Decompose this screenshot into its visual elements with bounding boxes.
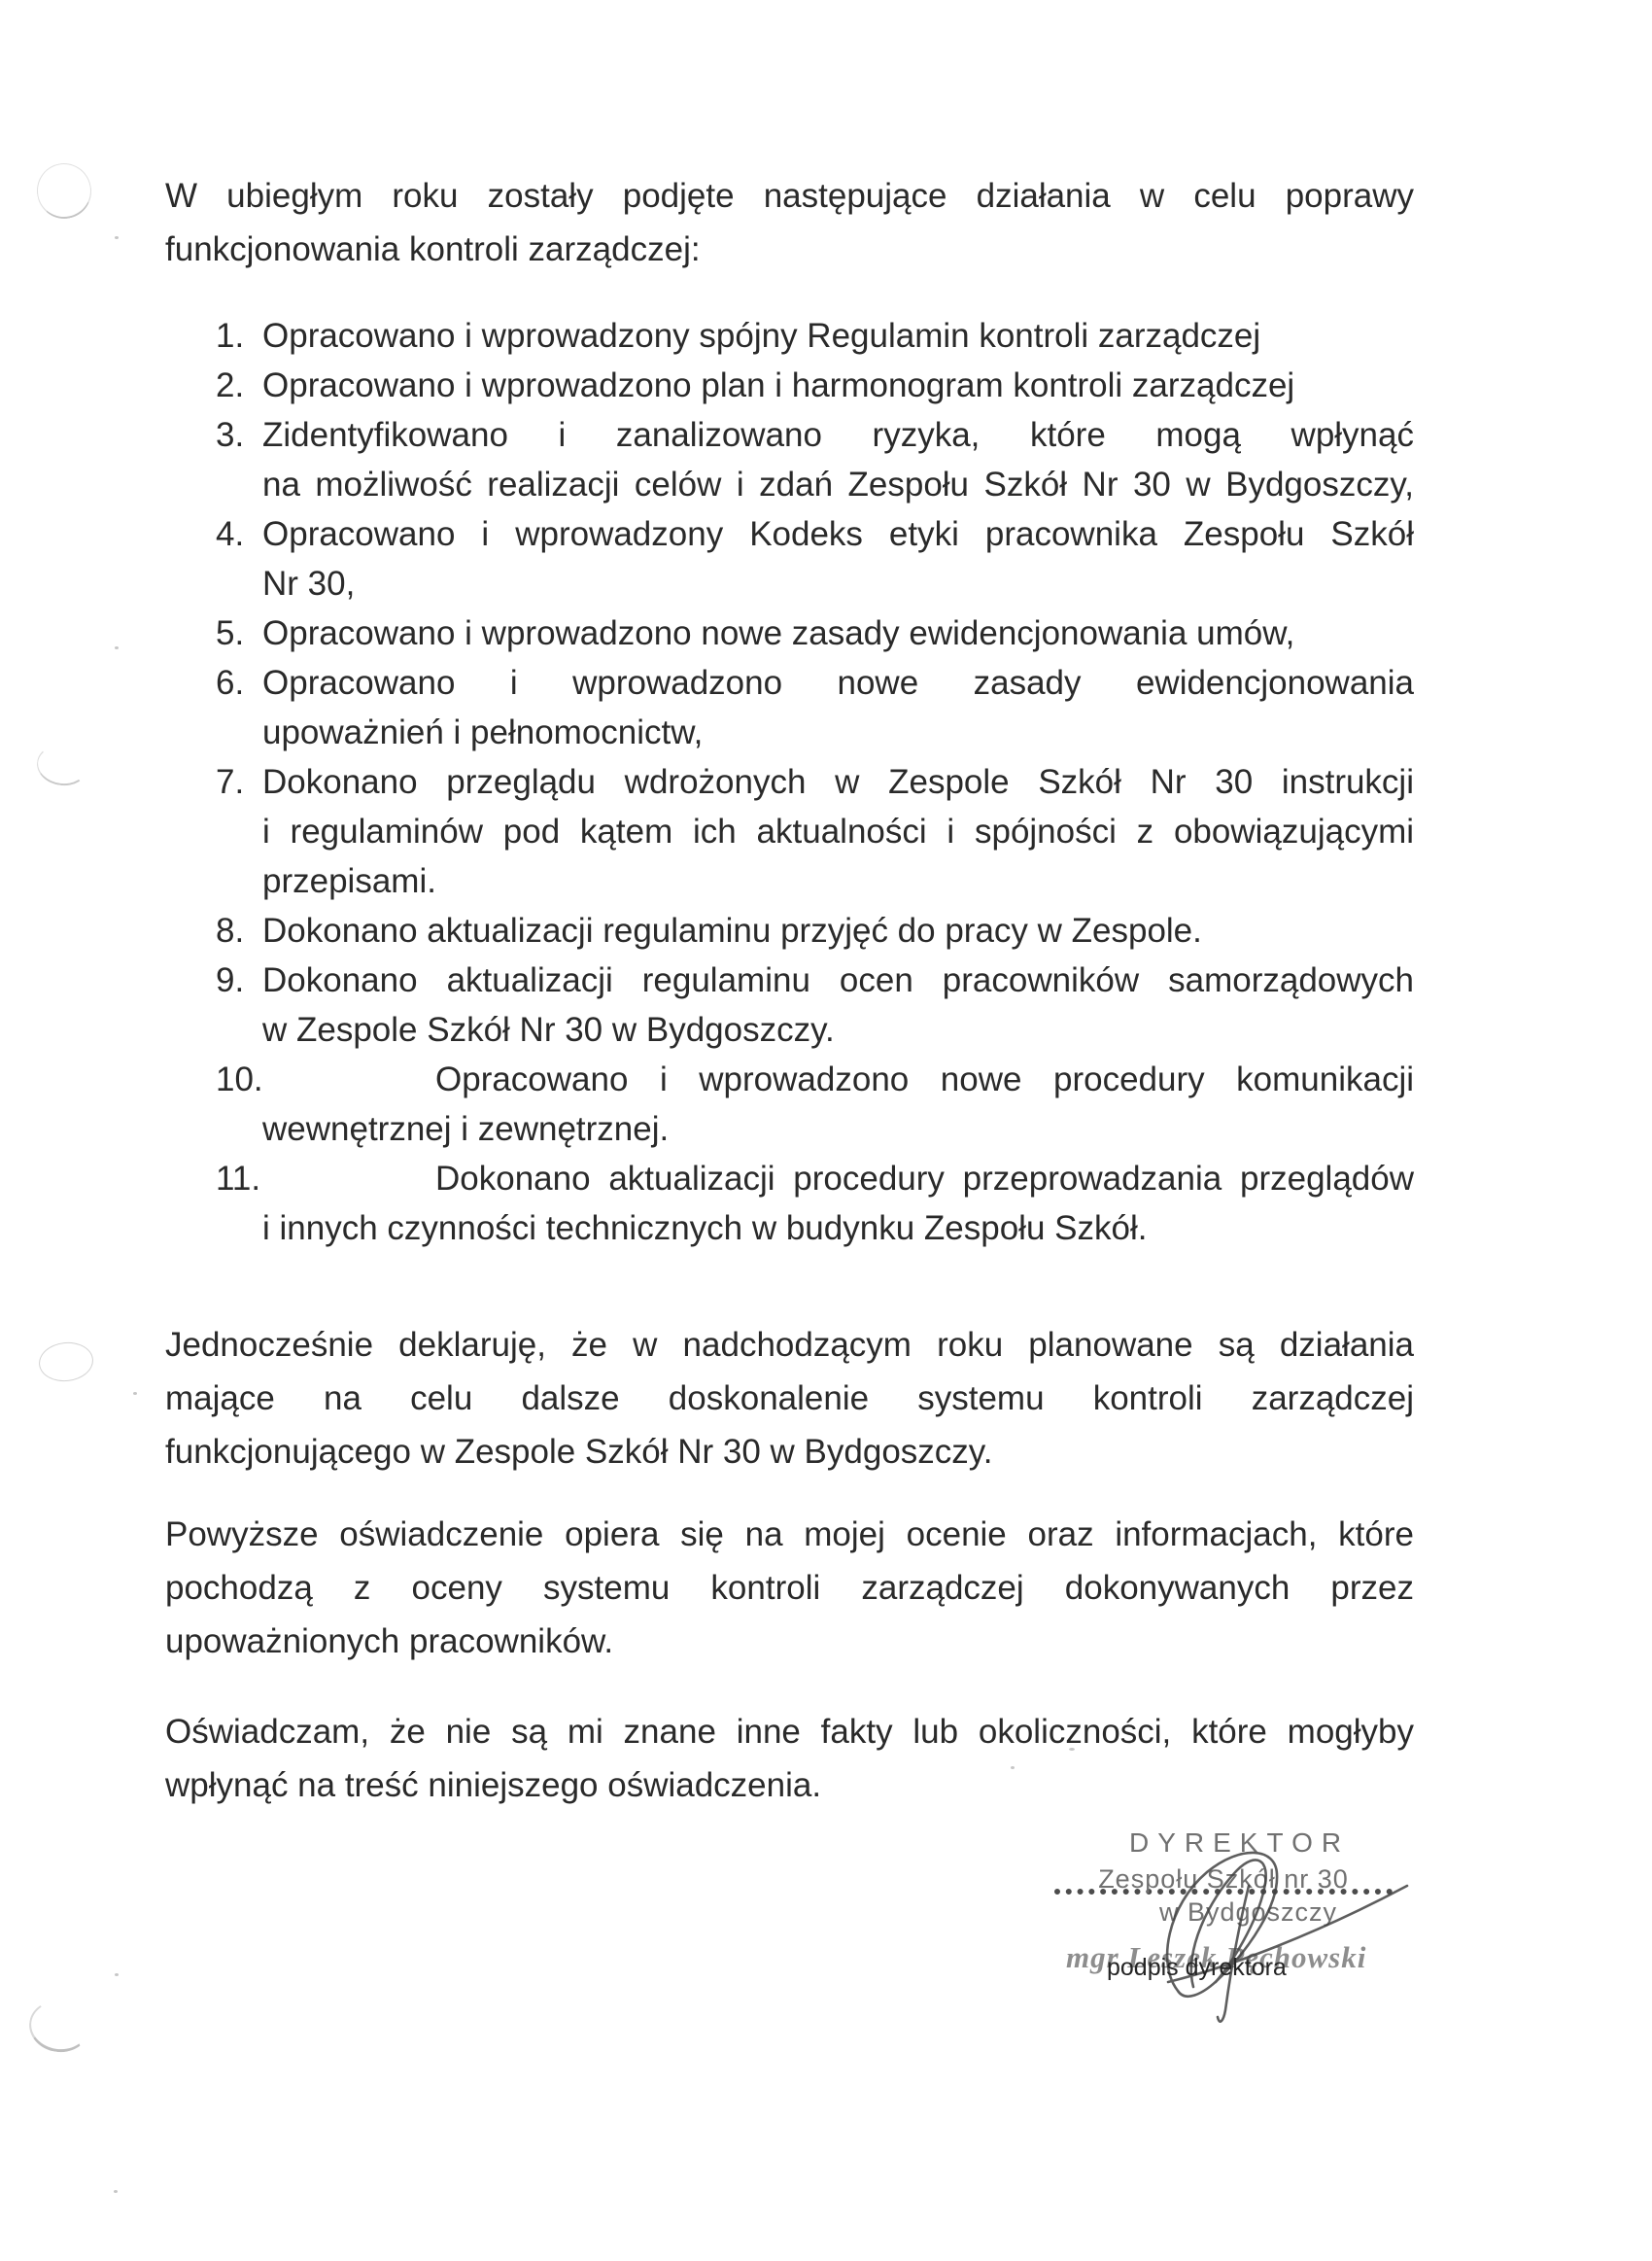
text-line: Opracowano i wprowadzono plan i harmonog… — [262, 361, 1414, 410]
text-line: Zidentyfikowano i zanalizowano ryzyka, k… — [262, 410, 1414, 460]
handwritten-signature — [1139, 1845, 1421, 2030]
binding-mark — [37, 1339, 95, 1384]
list-item: 3.Zidentyfikowano i zanalizowano ryzyka,… — [262, 410, 1414, 509]
list-item: 10.Opracowano i wprowadzono nowe procedu… — [262, 1055, 1414, 1154]
text-line: w Zespole Szkół Nr 30 w Bydgoszczy. — [262, 1005, 1414, 1055]
list-item-number: 10. — [216, 1055, 263, 1104]
text-line: Oświadczam, że nie są mi znane inne fakt… — [165, 1705, 1414, 1758]
text-line: przepisami. — [262, 856, 1414, 906]
numbered-list: 1.Opracowano i wprowadzony spójny Regula… — [165, 311, 1414, 1253]
list-item: 5.Opracowano i wprowadzono nowe zasady e… — [262, 609, 1414, 658]
scanned-document-page: { "page": { "colors": { "ink": "#2a2a2a"… — [0, 0, 1652, 2261]
intro-paragraph: W ubiegłym roku zostały podjęte następuj… — [165, 169, 1414, 276]
text-line: upoważnionych pracowników. — [165, 1615, 1414, 1668]
list-item-number: 4. — [216, 509, 244, 559]
list-item-number: 2. — [216, 361, 244, 410]
declaration-paragraph: Jednocześnie deklaruję, że w nadchodzący… — [165, 1318, 1414, 1478]
text-line: Dokonano aktualizacji procedury przeprow… — [262, 1154, 1414, 1203]
list-item: 9.Dokonano aktualizacji regulaminu ocen … — [262, 956, 1414, 1055]
text-line: pochodzą z oceny systemu kontroli zarząd… — [165, 1561, 1414, 1615]
scan-speck — [115, 236, 119, 239]
binding-mark — [32, 158, 97, 224]
document-body: W ubiegłym roku zostały podjęte następuj… — [165, 169, 1414, 1812]
list-item: 6.Opracowano i wprowadzono nowe zasady e… — [262, 658, 1414, 757]
text-line: wpłynąć na treść niniejszego oświadczeni… — [165, 1758, 1414, 1812]
text-line: Dokonano aktualizacji regulaminu ocen pr… — [262, 956, 1414, 1005]
list-item-number: 11. — [216, 1154, 260, 1203]
text-line: Opracowano i wprowadzony spójny Regulami… — [262, 311, 1414, 361]
list-item: 4.Opracowano i wprowadzony Kodeks etyki … — [262, 509, 1414, 609]
list-item-number: 6. — [216, 658, 244, 708]
text-line: W ubiegłym roku zostały podjęte następuj… — [165, 169, 1414, 223]
list-item: 7.Dokonano przeglądu wdrożonych w Zespol… — [262, 757, 1414, 906]
binding-mark — [35, 742, 91, 788]
scan-speck — [115, 1973, 119, 1976]
list-item: 1.Opracowano i wprowadzony spójny Regula… — [262, 311, 1414, 361]
text-line: Opracowano i wprowadzono nowe procedury … — [262, 1055, 1414, 1104]
signature-caption: podpis dyrektora — [1107, 1954, 1287, 1982]
signature-block: DYREKTOR Zespołu Szkół nr 30 w Bydgoszcz… — [1047, 1827, 1435, 2051]
text-line: i innych czynności technicznych w budynk… — [262, 1203, 1414, 1253]
text-line: Dokonano przeglądu wdrożonych w Zespole … — [262, 757, 1414, 807]
list-item-number: 1. — [216, 311, 244, 361]
list-item: 11.Dokonano aktualizacji procedury przep… — [262, 1154, 1414, 1253]
text-line: wewnętrznej i zewnętrznej. — [262, 1104, 1414, 1154]
basis-paragraph: Powyższe oświadczenie opiera się na moje… — [165, 1508, 1414, 1668]
list-item-number: 8. — [216, 906, 244, 956]
text-line: Nr 30, — [262, 559, 1414, 609]
text-line: funkcjonowania kontroli zarządczej: — [165, 223, 1414, 276]
text-line: upoważnień i pełnomocnictw, — [262, 708, 1414, 757]
list-item-number: 9. — [216, 956, 244, 1005]
text-line: mające na celu dalsze doskonalenie syste… — [165, 1372, 1414, 1425]
text-line: Opracowano i wprowadzono nowe zasady ewi… — [262, 658, 1414, 708]
text-line: Opracowano i wprowadzony Kodeks etyki pr… — [262, 509, 1414, 559]
scan-speck — [114, 2190, 118, 2193]
scan-speck — [115, 646, 119, 649]
text-line: na możliwość realizacji celów i zdań Zes… — [262, 460, 1414, 509]
text-line: Opracowano i wprowadzono nowe zasady ewi… — [262, 609, 1414, 658]
text-line: i regulaminów pod kątem ich aktualności … — [262, 807, 1414, 856]
binding-mark — [25, 1996, 93, 2056]
list-item: 8.Dokonano aktualizacji regulaminu przyj… — [262, 906, 1414, 956]
text-line: funkcjonującego w Zespole Szkół Nr 30 w … — [165, 1425, 1414, 1478]
text-line: Jednocześnie deklaruję, że w nadchodzący… — [165, 1318, 1414, 1372]
list-item-number: 5. — [216, 609, 244, 658]
scan-speck — [133, 1392, 137, 1395]
list-item: 2.Opracowano i wprowadzono plan i harmon… — [262, 361, 1414, 410]
list-item-number: 7. — [216, 757, 244, 807]
text-line: Dokonano aktualizacji regulaminu przyjęć… — [262, 906, 1414, 956]
text-line: Powyższe oświadczenie opiera się na moje… — [165, 1508, 1414, 1561]
list-item-number: 3. — [216, 410, 244, 460]
closing-paragraph: Oświadczam, że nie są mi znane inne fakt… — [165, 1705, 1414, 1812]
